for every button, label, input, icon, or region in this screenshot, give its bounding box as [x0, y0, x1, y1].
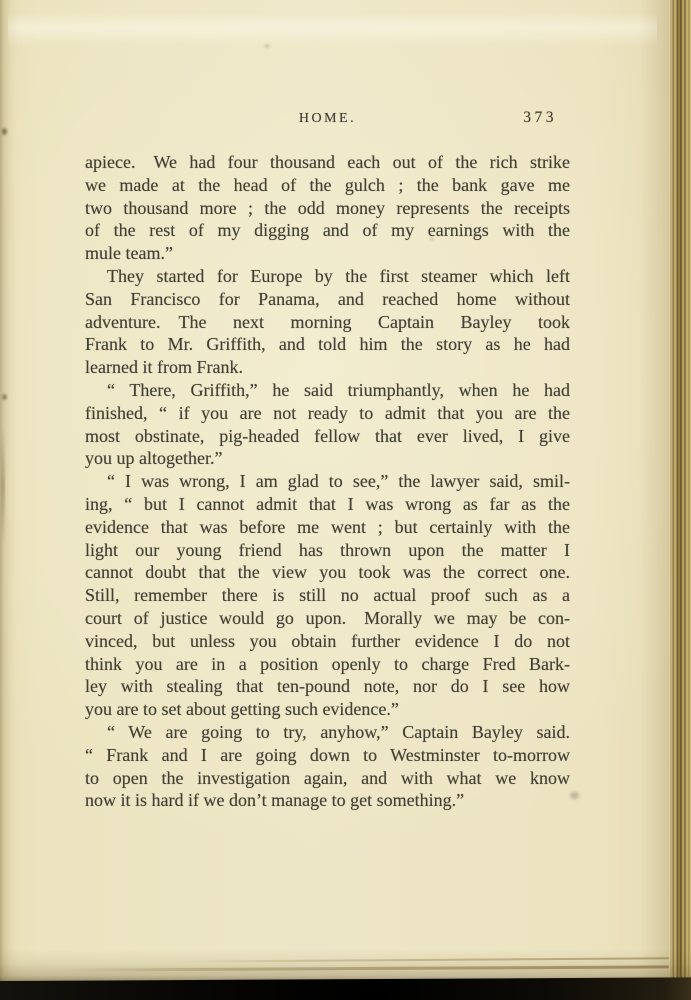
- text-line: Still, remember there is still no actual…: [85, 584, 570, 607]
- text-line: apiece. We had four thousand each out of…: [85, 151, 570, 174]
- text-line: court of justice would go upon. Morally …: [85, 607, 570, 630]
- paper-crease: [1, 426, 5, 546]
- text-line: vinced, but unless you obtain further ev…: [85, 630, 570, 653]
- text-line: mule team.”: [85, 242, 570, 265]
- scan-speck: [264, 44, 270, 48]
- text-line: “ We are going to try, anyhow,” Captain …: [85, 721, 570, 744]
- text-line: “ I was wrong, I am glad to see,” the la…: [85, 470, 570, 493]
- text-line: we made at the head of the gulch ; the b…: [85, 174, 570, 197]
- scan-speck: [430, 237, 434, 241]
- body-text: apiece. We had four thousand each out of…: [85, 151, 570, 812]
- text-line: cannot doubt that the view you took was …: [85, 561, 570, 584]
- text-line: you are to set about getting such eviden…: [85, 698, 570, 721]
- text-line: now it is hard if we don’t manage to get…: [85, 789, 570, 812]
- text-line: finished, “ if you are not ready to admi…: [85, 402, 570, 425]
- text-line: “ Frank and I are going down to Westmins…: [85, 744, 570, 767]
- text-line: They started for Europe by the first ste…: [85, 265, 570, 288]
- book-scan-page: HOME. 373 apiece. We had four thousand e…: [0, 0, 691, 1000]
- scan-speck: [2, 394, 7, 400]
- page-number: 373: [523, 109, 557, 127]
- text-line: ing, “ but I cannot admit that I was wro…: [85, 493, 570, 516]
- text-line: light our young friend has thrown upon t…: [85, 539, 570, 562]
- text-line: ley with stealing that ten-pound note, n…: [85, 675, 570, 698]
- text-line: two thousand more ; the odd money repres…: [85, 197, 570, 220]
- text-line: evidence that was before me went ; but c…: [85, 516, 570, 539]
- page-header: HOME. 373: [85, 111, 570, 131]
- text-line: think you are in a position openly to ch…: [85, 653, 570, 676]
- scan-speck: [570, 792, 579, 799]
- text-line: most obstinate, pig-headed fellow that e…: [85, 425, 570, 448]
- text-line: you up altogether.”: [85, 447, 570, 470]
- scan-speck: [2, 128, 7, 135]
- text-line: to open the investigation again, and wit…: [85, 767, 570, 790]
- text-line: adventure. The next morning Captain Bayl…: [85, 311, 570, 334]
- running-title: HOME.: [85, 111, 570, 127]
- text-line: San Francisco for Panama, and reached ho…: [85, 288, 570, 311]
- scan-black-border: [0, 977, 691, 1000]
- text-line: “ There, Griffith,” he said triumphantly…: [85, 379, 570, 402]
- text-line: learned it from Frank.: [85, 356, 570, 379]
- book-fore-edge-pages: [669, 0, 691, 1000]
- text-line: Frank to Mr. Griffith, and told him the …: [85, 333, 570, 356]
- text-line: of the rest of my digging and of my earn…: [85, 219, 570, 242]
